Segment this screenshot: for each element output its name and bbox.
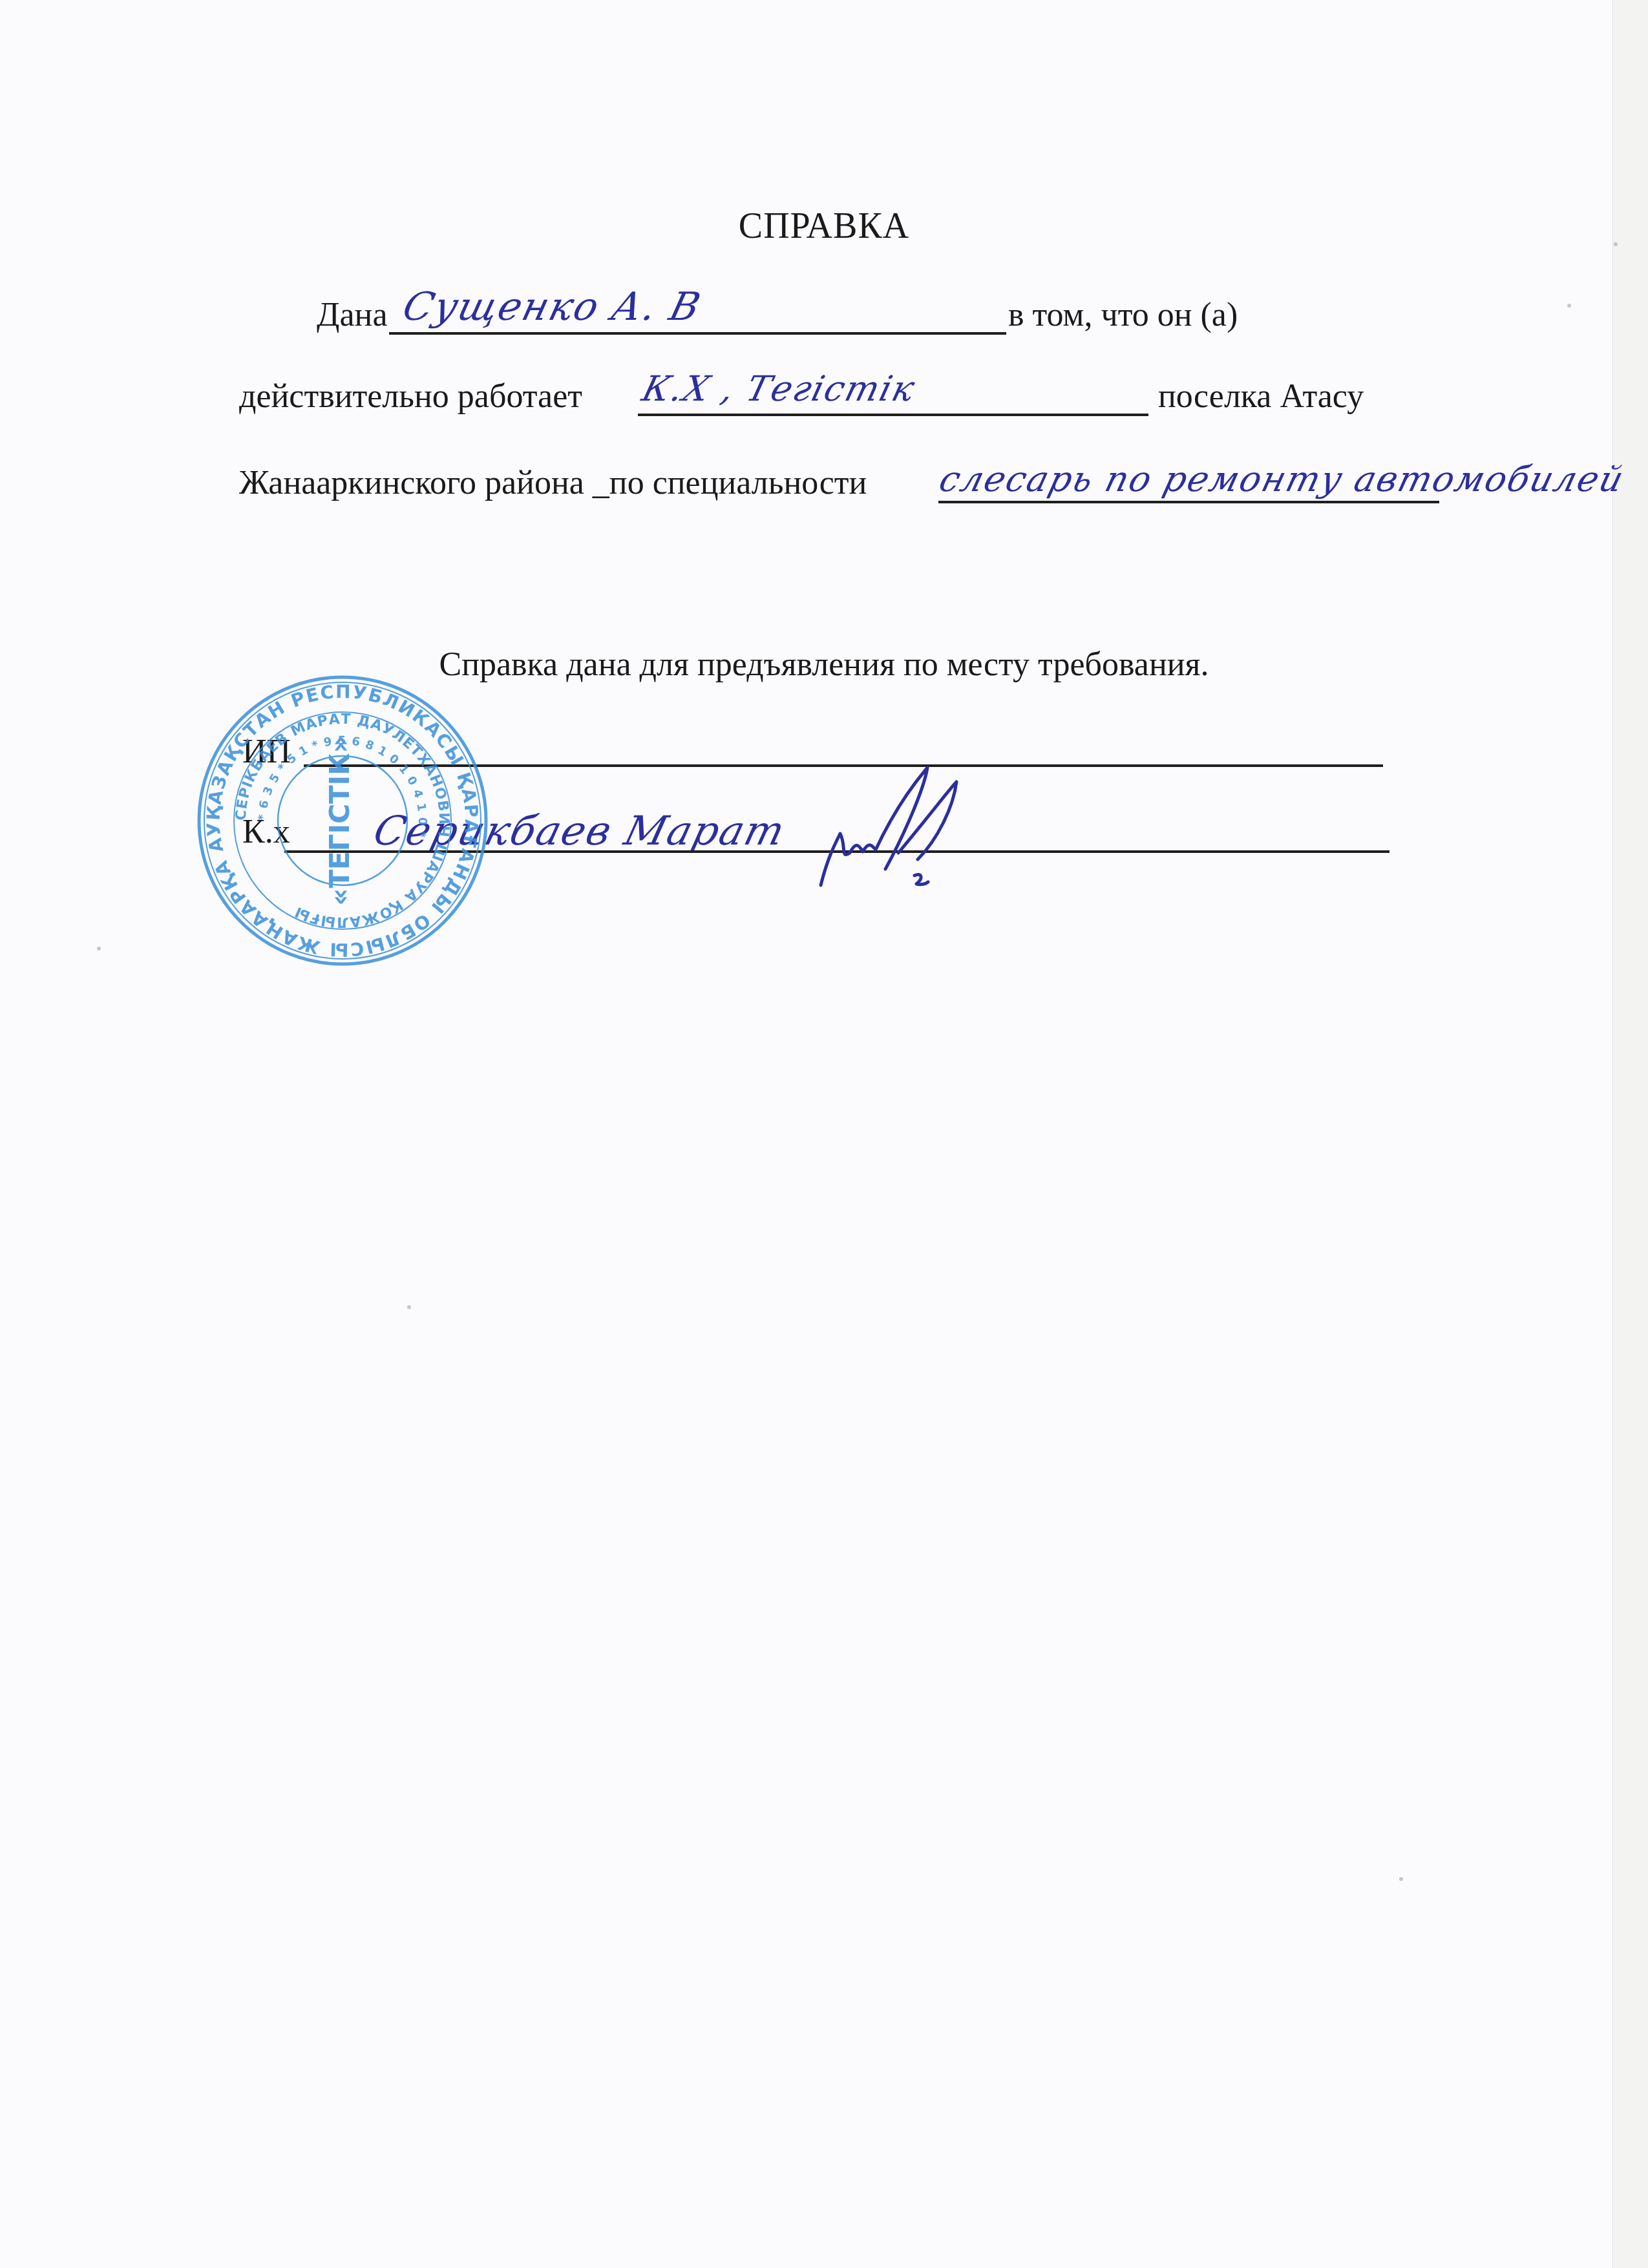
name-underline (389, 332, 1006, 335)
line1-prefix: Дана (317, 299, 387, 332)
scan-speck (1614, 242, 1618, 246)
specialty-underline (938, 501, 1439, 503)
scan-speck (407, 1305, 411, 1309)
scan-speck (1399, 1877, 1403, 1881)
handwritten-specialty: слесарь по ремонту автомобилей (936, 462, 1628, 497)
scanner-edge (1613, 0, 1648, 2268)
document-title: СПРАВКА (0, 205, 1648, 247)
handwritten-workplace: К.Х , Тегістік (639, 372, 919, 406)
line3-prefix: Жанааркинского района _по специальности (239, 467, 867, 500)
svg-text:«ТЕГІСТІК»: «ТЕГІСТІК» (324, 735, 355, 905)
handwritten-name: Сущенко А. В (399, 288, 705, 326)
line2-prefix: действительно работает (239, 380, 582, 414)
workplace-underline (638, 414, 1148, 416)
signature-icon (801, 762, 1034, 905)
scan-speck (1567, 304, 1571, 308)
round-seal-stamp-icon: ҚАЗАҚСТАН РЕСПУБЛИКАСЫ ҚАРАҒАНДЫ ОБЛЫСЫ … (194, 672, 491, 969)
scan-speck (97, 947, 101, 950)
document-page (0, 0, 1613, 2268)
line1-suffix: в том, что он (а) (1008, 299, 1238, 332)
line2-suffix: поселка Атасу (1158, 380, 1364, 414)
